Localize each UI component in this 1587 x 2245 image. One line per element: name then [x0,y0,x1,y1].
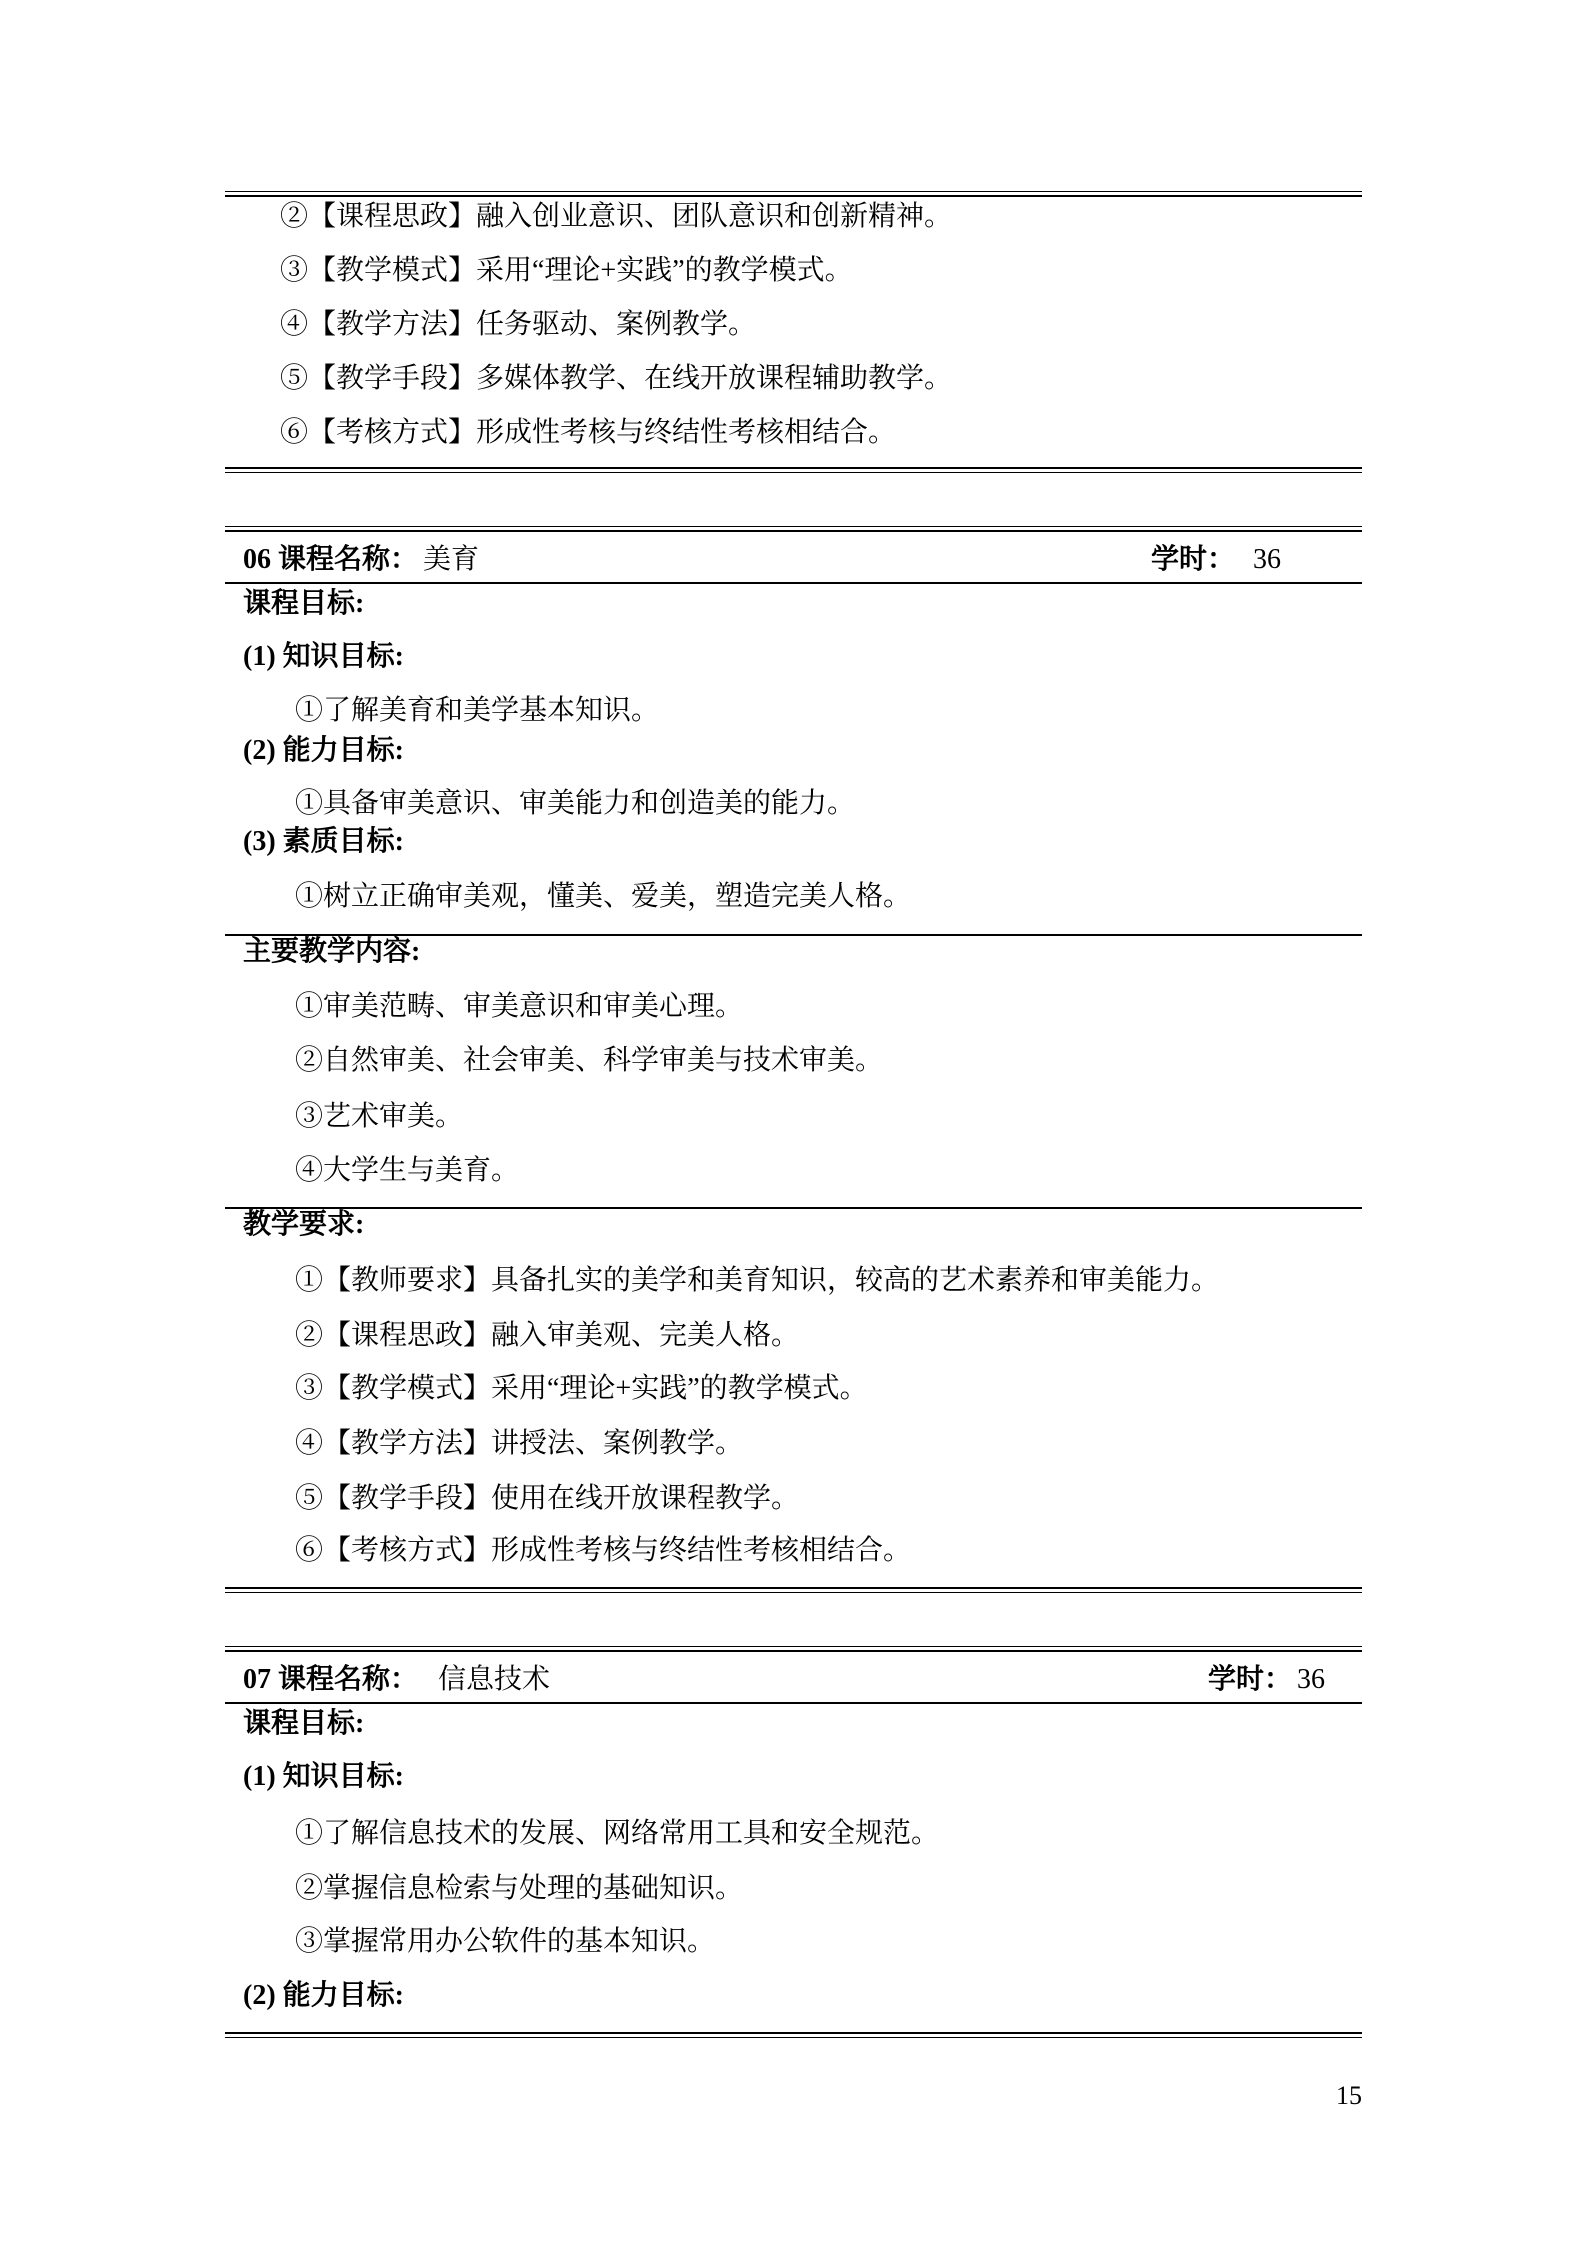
ability-goals-heading: (2) 能力目标: [225,735,1362,767]
course-06-hours-value: 36 [1253,544,1281,575]
teaching-content-item: ④大学生与美育。 [225,1155,1362,1187]
requirement-item: ⑤【教学手段】使用在线开放课程教学。 [225,1483,1362,1515]
course-06-header-rule [225,582,1362,584]
knowledge-goal-item: ①了解信息技术的发展、网络常用工具和安全规范。 [225,1818,1362,1850]
document-content: ②【课程思政】融入创业意识、团队意识和创新精神。 ③【教学模式】采用“理论+实践… [225,0,1362,2038]
course-07-hours: 学时：36 [1208,1657,1325,1697]
ability-goal-item: ①具备审美意识、审美能力和创造美的能力。 [225,788,1362,820]
teaching-content-item: ②自然审美、社会审美、科学审美与技术审美。 [225,1045,1362,1077]
course-06-title-label: 06 课程名称： [243,544,418,575]
ability-goals-heading: (2) 能力目标: [225,1980,1362,2012]
knowledge-goal-item: ①了解美育和美学基本知识。 [225,695,1362,727]
knowledge-goal-item: ②掌握信息检索与处理的基础知识。 [225,1873,1362,1905]
course-07-name: 信息技术 [438,1664,550,1695]
prev-course-bottom-rule [225,467,1362,473]
course-07-hours-label: 学时： [1208,1664,1292,1695]
requirement-item: ③【教学模式】采用“理论+实践”的教学模式。 [225,1373,1362,1405]
prev-course-top-rule [225,191,1362,197]
requirement-item: ③【教学模式】采用“理论+实践”的教学模式。 [225,255,1362,287]
requirement-item: ⑥【考核方式】形成性考核与终结性考核相结合。 [225,1535,1362,1567]
teaching-content-heading: 主要教学内容: [225,936,1362,968]
teaching-requirements-heading: 教学要求: [225,1209,1362,1241]
quality-goal-item: ①树立正确审美观，懂美、爱美，塑造完美人格。 [225,881,1362,913]
knowledge-goals-heading: (1) 知识目标: [225,1761,1362,1793]
course-07-title-label: 07 课程名称： [243,1664,418,1695]
course-07-bottom-rule [225,2032,1362,2038]
course-06-header: 06 课程名称：美育 学时：36 [225,532,1362,582]
course-06-hours: 学时：36 [1151,537,1281,577]
quality-goals-heading: (3) 素质目标: [225,826,1362,858]
requirement-item: ①【教师要求】具备扎实的美学和美育知识，较高的艺术素养和审美能力。 [225,1265,1362,1297]
course-06-name: 美育 [423,544,479,575]
requirement-item: ⑥【考核方式】形成性考核与终结性考核相结合。 [225,417,1362,449]
goals-heading: 课程目标: [225,1708,1362,1740]
course-07-title: 07 课程名称：信息技术 [243,1657,550,1697]
page-number: 15 [1336,2081,1362,2111]
requirement-item: ②【课程思政】融入创业意识、团队意识和创新精神。 [225,201,1362,233]
document-page: ②【课程思政】融入创业意识、团队意识和创新精神。 ③【教学模式】采用“理论+实践… [0,0,1587,2245]
teaching-content-item: ③艺术审美。 [225,1101,1362,1133]
course-07-hours-value: 36 [1297,1664,1325,1695]
course-07-header-rule [225,1702,1362,1704]
requirement-item: ⑤【教学手段】多媒体教学、在线开放课程辅助教学。 [225,363,1362,395]
course-07-header: 07 课程名称：信息技术 学时：36 [225,1652,1362,1702]
knowledge-goal-item: ③掌握常用办公软件的基本知识。 [225,1926,1362,1958]
course-06-hours-label: 学时： [1151,544,1235,575]
requirement-item: ④【教学方法】任务驱动、案例教学。 [225,309,1362,341]
goals-heading: 课程目标: [225,588,1362,620]
teaching-content-item: ①审美范畴、审美意识和审美心理。 [225,991,1362,1023]
knowledge-goals-heading: (1) 知识目标: [225,641,1362,673]
course-06-title: 06 课程名称：美育 [243,537,479,577]
course-06-bottom-rule [225,1587,1362,1593]
requirement-item: ④【教学方法】讲授法、案例教学。 [225,1428,1362,1460]
requirement-item: ②【课程思政】融入审美观、完美人格。 [225,1320,1362,1352]
